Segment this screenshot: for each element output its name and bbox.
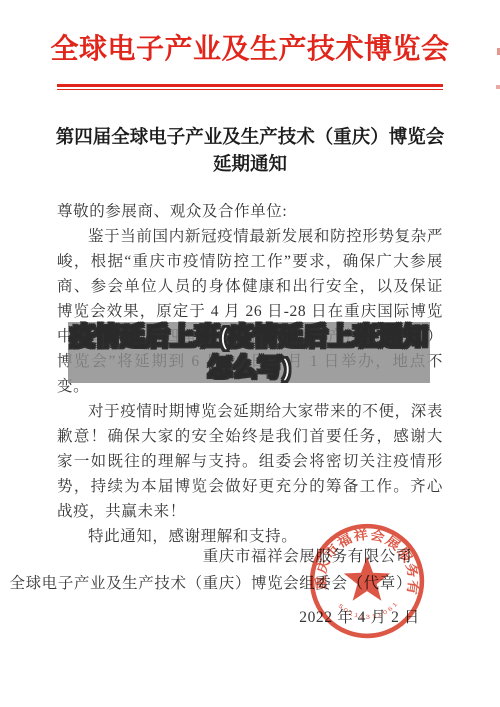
svg-text:50111311061: 50111311061 xyxy=(337,600,401,621)
expo-banner-title: 全球电子产业及生产技术博览会 xyxy=(0,27,500,67)
notice-title-line1: 第四届全球电子产业及生产技术（重庆）博览会 xyxy=(40,125,460,152)
banner-double-rule xyxy=(57,84,443,90)
seal-star-icon xyxy=(344,557,390,601)
scan-edge-artifact xyxy=(496,85,500,89)
notice-document-page: 全球电子产业及生产技术博览会 第四届全球电子产业及生产技术（重庆）博览会 延期通… xyxy=(0,0,500,707)
notice-title: 第四届全球电子产业及生产技术（重庆）博览会 延期通知 xyxy=(40,125,460,179)
salutation-line: 尊敬的参展商、观众及合作单位: xyxy=(57,199,443,224)
seal-serial-number: 50111311061 xyxy=(337,600,401,621)
watermark-text: 疫情延后上班(疫情延后上班通知怎么写) xyxy=(68,322,430,384)
watermark-overlay-band: 疫情延后上班(疫情延后上班通知怎么写) xyxy=(68,322,430,383)
company-red-seal: 重庆市福祥会展服务有限公司 50111311061 xyxy=(306,520,428,642)
notice-title-line2: 延期通知 xyxy=(40,152,460,179)
paragraph-apology: 对于疫情时期博览会延期给大家带来的不便，深表歉意！确保大家的安全始终是我们首要任… xyxy=(57,399,443,524)
